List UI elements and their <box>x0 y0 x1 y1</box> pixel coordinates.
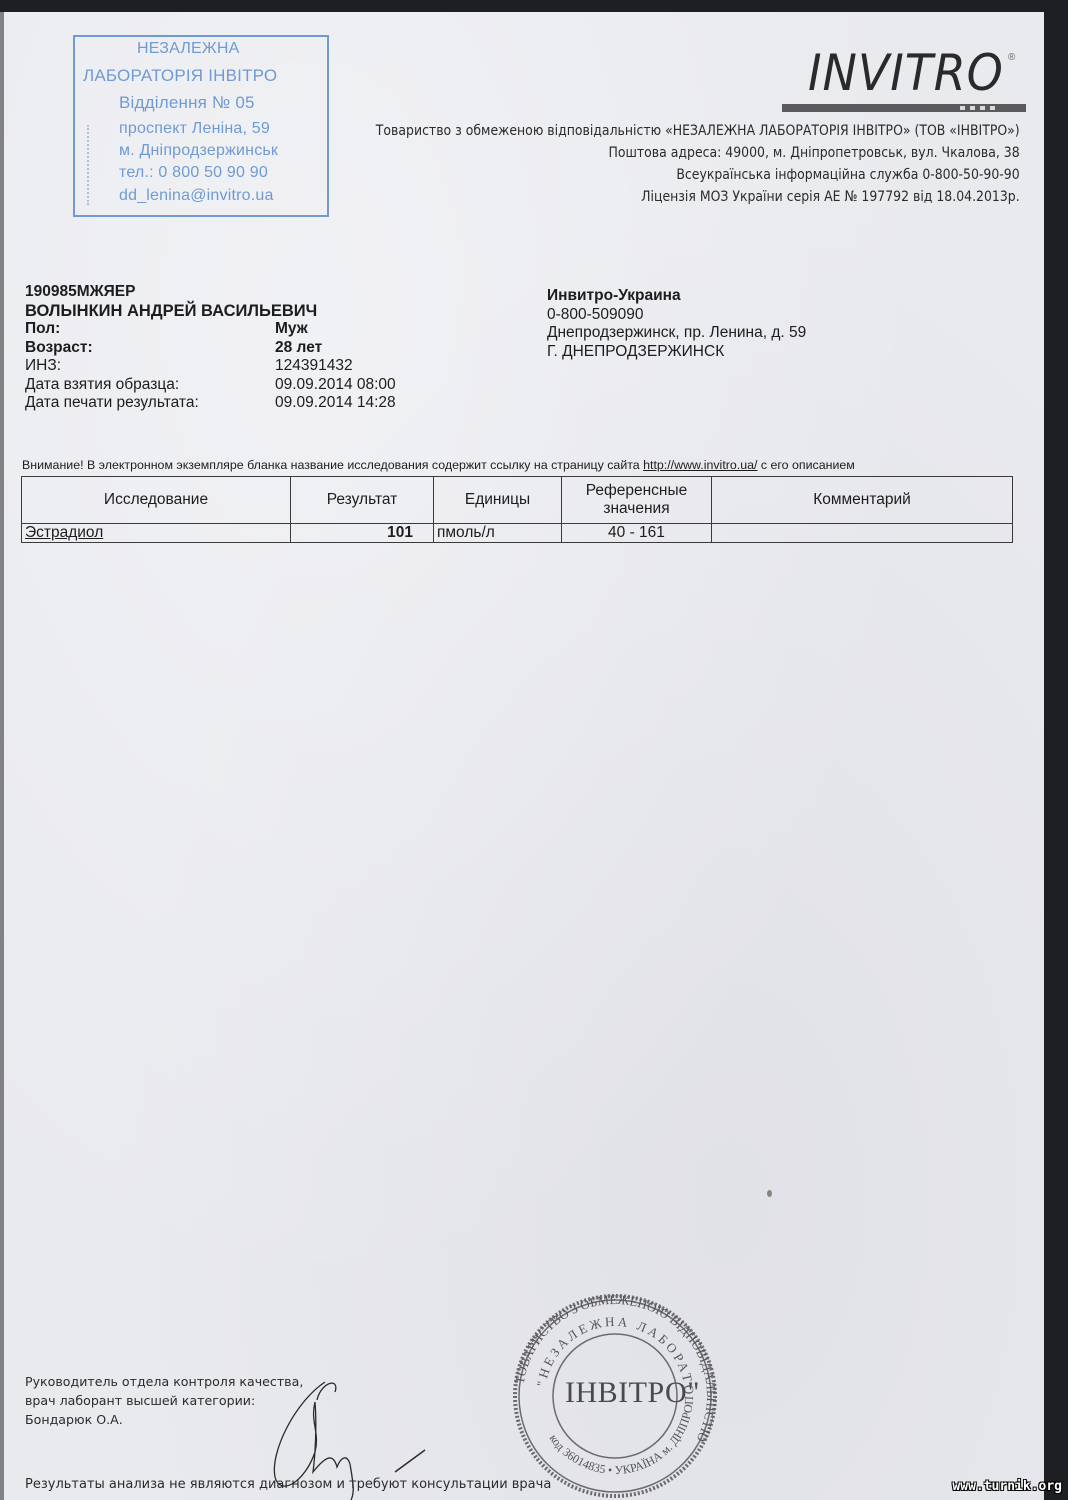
patient-field-sex: Пол: Муж <box>25 320 396 339</box>
notice-text-end: с его описанием <box>757 458 854 472</box>
logo-wordmark: INVITRO <box>808 44 1004 102</box>
scan-edge <box>0 12 4 1500</box>
patient-field-print-date: Дата печати результата: 09.09.2014 14:28 <box>25 394 396 413</box>
column-header-comment: Комментарий <box>712 477 1013 524</box>
company-license: Ліцензія МОЗ України серія АЕ № 197792 в… <box>376 186 1020 208</box>
department-stamp: НЕЗАЛЕЖНА ЛАБОРАТОРІЯ ІНВІТРО Відділення… <box>73 35 329 217</box>
lab-city: Г. ДНЕПРОДЗЕРЖИНСК <box>547 343 806 362</box>
field-label: ИНЗ: <box>25 357 275 376</box>
seal-center-text: ІНВІТРО" <box>565 1376 700 1410</box>
lab-info: Инвитро-Украина 0-800-509090 Днепродзерж… <box>547 287 806 361</box>
watermark: www.turnik.org <box>952 1479 1062 1494</box>
stamp-line: ЛАБОРАТОРІЯ ІНВІТРО <box>83 66 277 86</box>
company-info-service: Всеукраїнська інформаційна служба 0-800-… <box>376 164 1020 186</box>
cell-result: 101 <box>291 524 434 543</box>
field-value: 124391432 <box>275 357 353 376</box>
stamp-line: тел.: 0 800 50 90 90 <box>119 164 268 182</box>
stamp-line: НЕЗАЛЕЖНА <box>137 40 240 58</box>
column-header-reference: Референсныезначения <box>562 477 712 524</box>
stamp-line: проспект Леніна, 59 <box>119 120 270 138</box>
results-table: Исследование Результат Единицы Референсн… <box>21 476 1013 543</box>
reference-header-text: Референсныезначения <box>586 482 688 517</box>
field-label: Дата взятия образца: <box>25 376 275 395</box>
cell-reference: 40 - 161 <box>562 524 712 543</box>
lab-name: Инвитро-Украина <box>547 287 806 306</box>
disclaimer: Результаты анализа не являются диагнозом… <box>25 1477 551 1492</box>
patient-field-inz: ИНЗ: 124391432 <box>25 357 396 376</box>
lab-address: Днепродзержинск, пр. Ленина, д. 59 <box>547 324 806 343</box>
column-header-study: Исследование <box>22 477 291 524</box>
stamp-line: Відділення № 05 <box>119 93 255 113</box>
company-seal: ТОВАРИСТВО З ОБМЕЖЕНОЮ ВІДПОВІДАЛЬНІСТЮ … <box>505 1292 725 1500</box>
field-value: 09.09.2014 14:28 <box>275 394 396 413</box>
field-value: 28 лет <box>275 339 322 358</box>
notice-text: Внимание! В электронном экземпляре бланк… <box>22 458 643 472</box>
stamp-line: dd_lenina@invitro.ua <box>119 187 274 205</box>
invitro-logo: INVITRO ® <box>808 44 1020 114</box>
registered-mark-icon: ® <box>1008 52 1015 63</box>
company-header: Товариство з обмеженою відповідальністю … <box>376 120 1020 208</box>
column-header-units: Единицы <box>434 477 562 524</box>
study-link[interactable]: Эстрадиол <box>25 524 103 541</box>
patient-code: 190985МЖЯЕР <box>25 283 396 302</box>
lab-phone: 0-800-509090 <box>547 306 806 325</box>
patient-field-sample-date: Дата взятия образца: 09.09.2014 08:00 <box>25 376 396 395</box>
stamp-perforation <box>87 125 103 205</box>
logo-bar <box>782 104 1026 112</box>
cell-comment <box>712 524 1013 543</box>
company-postal-address: Поштова адреса: 49000, м. Дніпропетровсь… <box>376 142 1020 164</box>
scanned-page <box>0 12 1044 1500</box>
table-row: Эстрадиол 101 пмоль/л 40 - 161 <box>22 524 1013 543</box>
company-legal-name: Товариство з обмеженою відповідальністю … <box>376 120 1020 142</box>
field-value: 09.09.2014 08:00 <box>275 376 396 395</box>
table-header-row: Исследование Результат Единицы Референсн… <box>22 477 1013 524</box>
column-header-result: Результат <box>291 477 434 524</box>
cell-study: Эстрадиол <box>22 524 291 543</box>
patient-name: ВОЛЫНКИН АНДРЕЙ ВАСИЛЬЕВИЧ <box>25 302 396 321</box>
stamp-line: м. Дніпродзержинськ <box>119 142 278 160</box>
field-value: Муж <box>275 320 308 339</box>
notice: Внимание! В электронном экземпляре бланк… <box>22 458 855 472</box>
field-label: Пол: <box>25 320 275 339</box>
paper-speck <box>767 1190 772 1197</box>
cell-units: пмоль/л <box>434 524 562 543</box>
invitro-site-link[interactable]: http://www.invitro.ua/ <box>643 458 757 472</box>
patient-field-age: Возраст: 28 лет <box>25 339 396 358</box>
field-label: Возраст: <box>25 339 275 358</box>
field-label: Дата печати результата: <box>25 394 275 413</box>
patient-info: 190985МЖЯЕР ВОЛЫНКИН АНДРЕЙ ВАСИЛЬЕВИЧ П… <box>25 283 396 413</box>
